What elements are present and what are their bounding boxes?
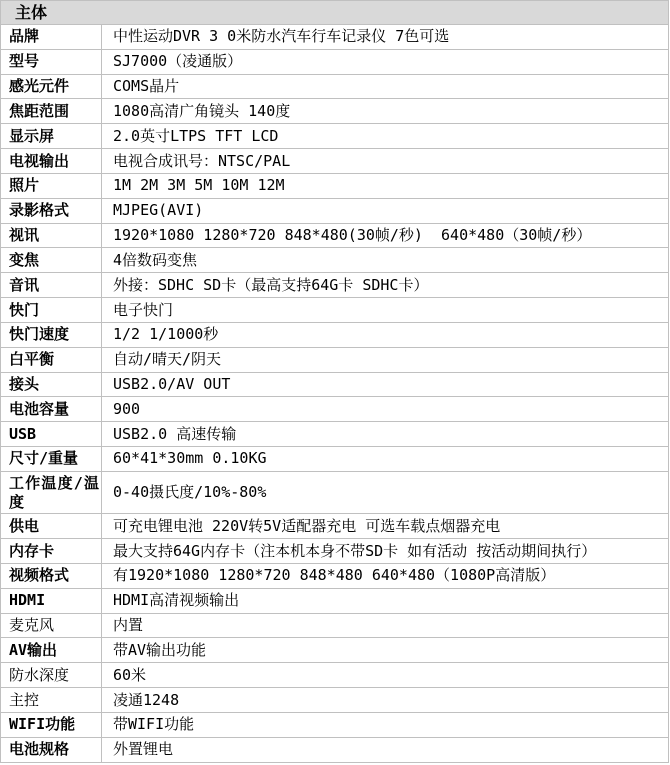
spec-label: 电池规格 bbox=[1, 737, 102, 762]
section-header-row: 主体 bbox=[1, 1, 669, 25]
spec-row: 显示屏2.0英寸LTPS TFT LCD bbox=[1, 124, 669, 149]
spec-value: COMS晶片 bbox=[102, 74, 669, 99]
spec-label: 变焦 bbox=[1, 248, 102, 273]
spec-label: 电池容量 bbox=[1, 397, 102, 422]
spec-row: 视讯1920*1080 1280*720 848*480(30帧/秒) 640*… bbox=[1, 223, 669, 248]
spec-label: 白平衡 bbox=[1, 347, 102, 372]
spec-label: 工作温度/温度 bbox=[1, 471, 102, 513]
spec-label: 电视输出 bbox=[1, 149, 102, 174]
spec-value: 60米 bbox=[102, 663, 669, 688]
spec-value: USB2.0 高速传输 bbox=[102, 422, 669, 447]
spec-row: 防水深度60米 bbox=[1, 663, 669, 688]
spec-label: 品牌 bbox=[1, 25, 102, 50]
spec-value: 4倍数码变焦 bbox=[102, 248, 669, 273]
spec-label: 视频格式 bbox=[1, 564, 102, 589]
spec-value: 凌通1248 bbox=[102, 688, 669, 713]
spec-row: 主控凌通1248 bbox=[1, 688, 669, 713]
spec-row: HDMIHDMI高清视频输出 bbox=[1, 588, 669, 613]
spec-row: 接头USB2.0/AV OUT bbox=[1, 372, 669, 397]
spec-label: 录影格式 bbox=[1, 198, 102, 223]
spec-value: USB2.0/AV OUT bbox=[102, 372, 669, 397]
spec-value: 电视合成讯号：NTSC/PAL bbox=[102, 149, 669, 174]
spec-row: 录影格式MJPEG(AVI) bbox=[1, 198, 669, 223]
spec-row: 电视输出电视合成讯号：NTSC/PAL bbox=[1, 149, 669, 174]
spec-value: 外接：SDHC SD卡（最高支持64G卡 SDHC卡） bbox=[102, 273, 669, 298]
spec-label: 快门 bbox=[1, 298, 102, 323]
spec-row: 视频格式有1920*1080 1280*720 848*480 640*480（… bbox=[1, 564, 669, 589]
spec-row: 供电可充电锂电池 220V转5V适配器充电 可选车载点烟器充电 bbox=[1, 514, 669, 539]
spec-value: MJPEG(AVI) bbox=[102, 198, 669, 223]
spec-label: 麦克风 bbox=[1, 613, 102, 638]
spec-value: 带AV输出功能 bbox=[102, 638, 669, 663]
spec-value: 电子快门 bbox=[102, 298, 669, 323]
spec-value: 中性运动DVR 3 0米防水汽车行车记录仪 7色可选 bbox=[102, 25, 669, 50]
spec-row: 焦距范围1080高清广角镜头 140度 bbox=[1, 99, 669, 124]
spec-label: 照片 bbox=[1, 173, 102, 198]
spec-value: 有1920*1080 1280*720 848*480 640*480（1080… bbox=[102, 564, 669, 589]
spec-value: 自动/晴天/阴天 bbox=[102, 347, 669, 372]
spec-value: SJ7000（凌通版） bbox=[102, 49, 669, 74]
spec-row: 变焦4倍数码变焦 bbox=[1, 248, 669, 273]
spec-row: 白平衡自动/晴天/阴天 bbox=[1, 347, 669, 372]
spec-value: 1080高清广角镜头 140度 bbox=[102, 99, 669, 124]
spec-row: 快门速度1/2 1/1000秒 bbox=[1, 322, 669, 347]
spec-label: 内存卡 bbox=[1, 539, 102, 564]
spec-label: 视讯 bbox=[1, 223, 102, 248]
spec-row: AV输出带AV输出功能 bbox=[1, 638, 669, 663]
spec-value: 1/2 1/1000秒 bbox=[102, 322, 669, 347]
spec-label: 焦距范围 bbox=[1, 99, 102, 124]
spec-label: 防水深度 bbox=[1, 663, 102, 688]
spec-row: 电池规格外置锂电 bbox=[1, 737, 669, 762]
spec-label: 快门速度 bbox=[1, 322, 102, 347]
spec-value: 最大支持64G内存卡（注本机本身不带SD卡 如有活动 按活动期间执行） bbox=[102, 539, 669, 564]
spec-label: 接头 bbox=[1, 372, 102, 397]
spec-label: 主控 bbox=[1, 688, 102, 713]
spec-value: 可充电锂电池 220V转5V适配器充电 可选车载点烟器充电 bbox=[102, 514, 669, 539]
spec-value: 60*41*30mm 0.10KG bbox=[102, 447, 669, 472]
spec-row: 音讯外接：SDHC SD卡（最高支持64G卡 SDHC卡） bbox=[1, 273, 669, 298]
spec-value: 0-40摄氏度/10%-80% bbox=[102, 471, 669, 513]
spec-label: AV输出 bbox=[1, 638, 102, 663]
spec-rows: 品牌中性运动DVR 3 0米防水汽车行车记录仪 7色可选型号SJ7000（凌通版… bbox=[1, 25, 669, 763]
spec-row: 快门电子快门 bbox=[1, 298, 669, 323]
spec-label: HDMI bbox=[1, 588, 102, 613]
spec-value: 900 bbox=[102, 397, 669, 422]
spec-label: 型号 bbox=[1, 49, 102, 74]
spec-value: 带WIFI功能 bbox=[102, 712, 669, 737]
spec-value: 1920*1080 1280*720 848*480(30帧/秒) 640*48… bbox=[102, 223, 669, 248]
spec-row: 麦克风内置 bbox=[1, 613, 669, 638]
spec-label: 尺寸/重量 bbox=[1, 447, 102, 472]
spec-row: 尺寸/重量60*41*30mm 0.10KG bbox=[1, 447, 669, 472]
spec-row: 型号SJ7000（凌通版） bbox=[1, 49, 669, 74]
spec-row: 电池容量900 bbox=[1, 397, 669, 422]
spec-row: WIFI功能带WIFI功能 bbox=[1, 712, 669, 737]
spec-label: USB bbox=[1, 422, 102, 447]
spec-label: 音讯 bbox=[1, 273, 102, 298]
spec-value: HDMI高清视频输出 bbox=[102, 588, 669, 613]
spec-value: 1M 2M 3M 5M 10M 12M bbox=[102, 173, 669, 198]
spec-row: 工作温度/温度0-40摄氏度/10%-80% bbox=[1, 471, 669, 513]
spec-label: WIFI功能 bbox=[1, 712, 102, 737]
spec-value: 内置 bbox=[102, 613, 669, 638]
spec-row: 品牌中性运动DVR 3 0米防水汽车行车记录仪 7色可选 bbox=[1, 25, 669, 50]
spec-label: 感光元件 bbox=[1, 74, 102, 99]
spec-value: 2.0英寸LTPS TFT LCD bbox=[102, 124, 669, 149]
spec-label: 显示屏 bbox=[1, 124, 102, 149]
spec-value: 外置锂电 bbox=[102, 737, 669, 762]
spec-row: 感光元件COMS晶片 bbox=[1, 74, 669, 99]
spec-row: 照片1M 2M 3M 5M 10M 12M bbox=[1, 173, 669, 198]
spec-label: 供电 bbox=[1, 514, 102, 539]
section-title: 主体 bbox=[1, 1, 669, 25]
product-spec-table: 主体 品牌中性运动DVR 3 0米防水汽车行车记录仪 7色可选型号SJ7000（… bbox=[0, 0, 669, 763]
spec-row: 内存卡最大支持64G内存卡（注本机本身不带SD卡 如有活动 按活动期间执行） bbox=[1, 539, 669, 564]
spec-row: USBUSB2.0 高速传输 bbox=[1, 422, 669, 447]
